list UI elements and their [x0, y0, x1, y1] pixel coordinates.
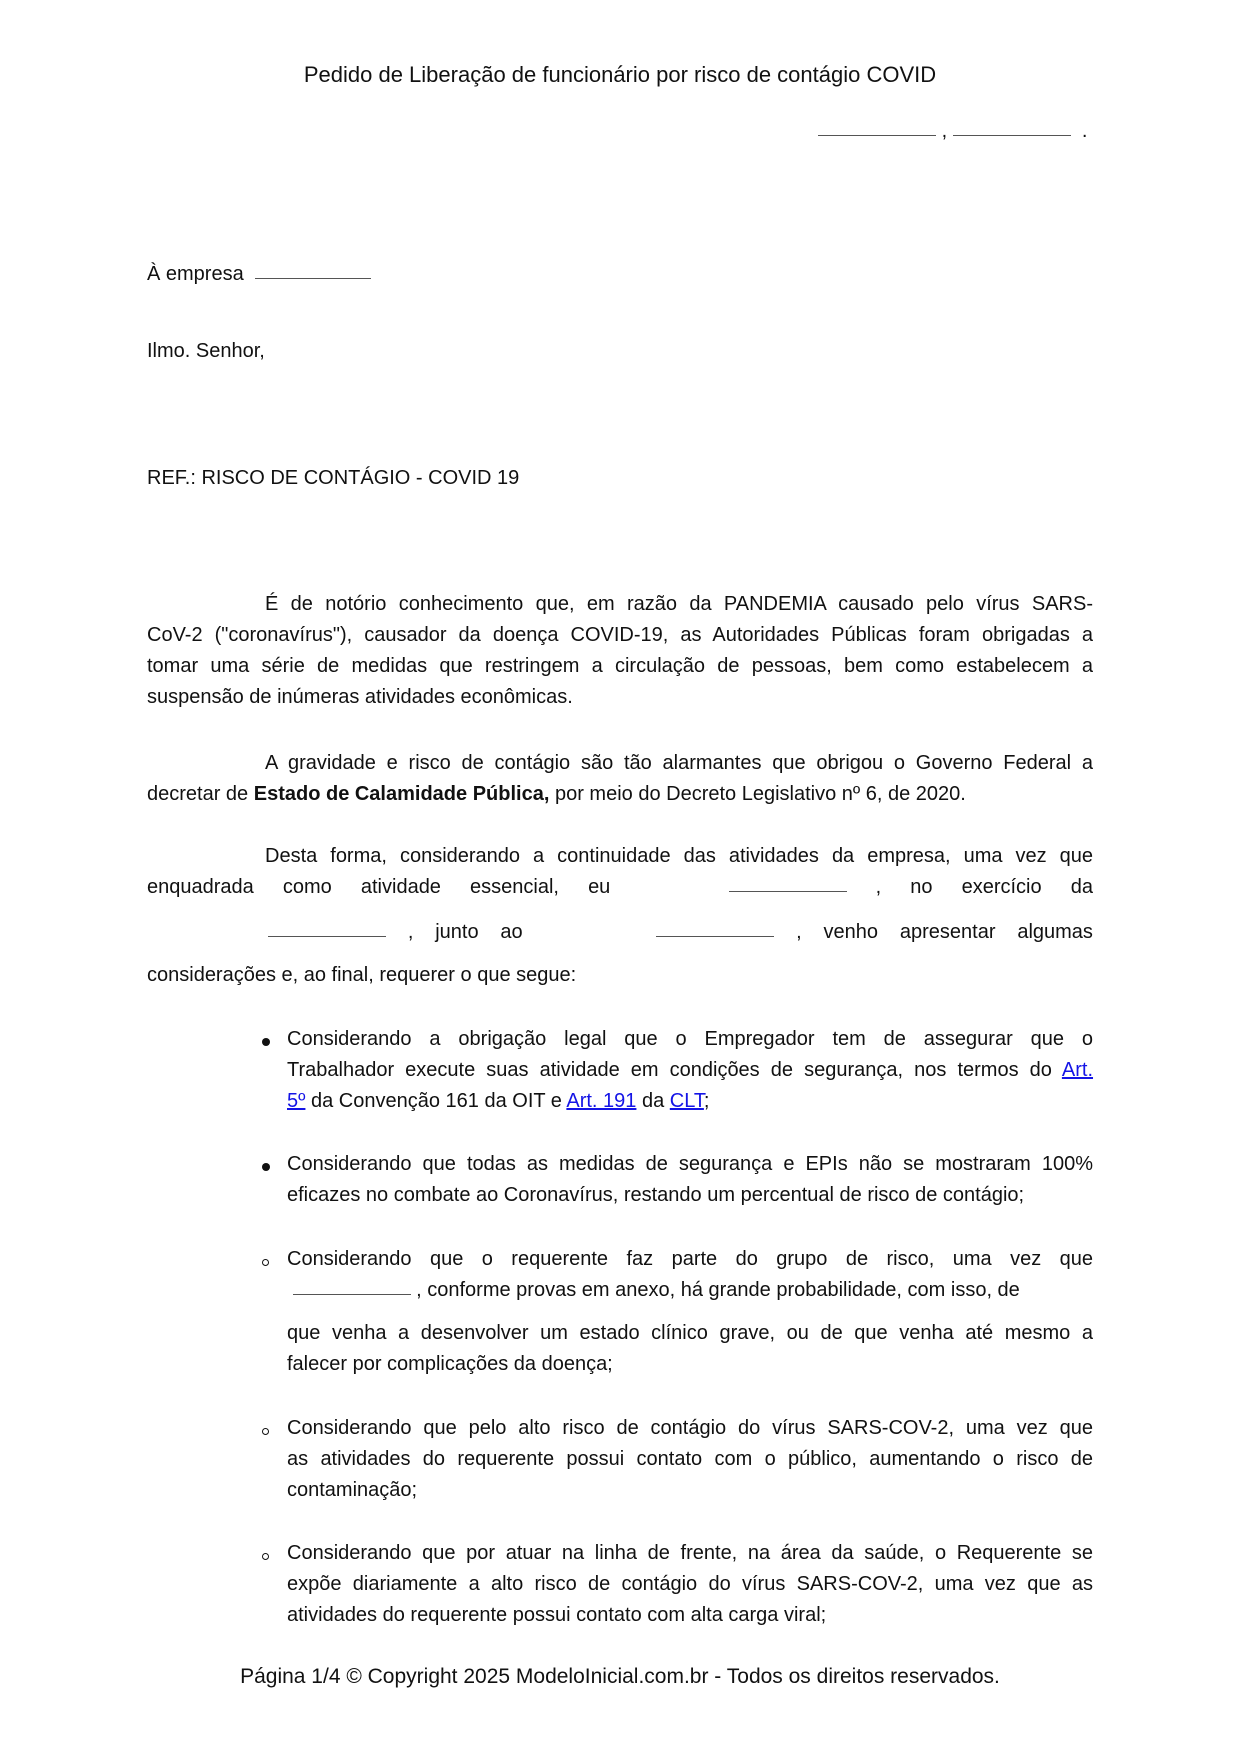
text: ; — [704, 1090, 710, 1112]
link-art-5[interactable]: Art. — [1062, 1059, 1093, 1081]
salutation: Ilmo. Senhor, — [147, 336, 265, 367]
word: junto — [435, 917, 478, 948]
text: decretar de — [147, 783, 248, 805]
list-line: eficazes no combate ao Coronavírus, rest… — [287, 1180, 1024, 1211]
list-line: Considerando a obrigação legal que o Emp… — [287, 1024, 1093, 1055]
text: da Convenção 161 da OIT e — [311, 1090, 562, 1112]
paragraph-line: A gravidade e risco de contágio são tão … — [265, 748, 1093, 779]
paragraph-line: Desta forma, considerando a continuidade… — [265, 841, 1093, 872]
list-line: as atividades do requerente possui conta… — [287, 1444, 1093, 1475]
link-art-191[interactable]: Art. 191 — [566, 1090, 636, 1112]
word: essencial, — [470, 872, 559, 903]
list-line: Trabalhador execute suas atividade em co… — [287, 1055, 1093, 1086]
employee-name-blank[interactable] — [729, 891, 847, 892]
reference-line: REF.: RISCO DE CONTÁGIO - COVID 19 — [147, 463, 519, 494]
position-blank[interactable] — [268, 936, 386, 937]
recipient-label: À empresa — [147, 263, 244, 285]
text: por meio do Decreto Legislativo nº 6, de… — [555, 783, 966, 805]
word: apresentar — [900, 917, 996, 948]
word: eu — [588, 872, 610, 903]
text: Trabalhador execute suas atividade em co… — [287, 1059, 1052, 1081]
word: atividade — [361, 872, 441, 903]
text: , conforme provas em anexo, há grande pr… — [416, 1279, 1020, 1301]
link-clt[interactable]: CLT — [670, 1090, 704, 1112]
word: da — [1071, 872, 1093, 903]
department-blank[interactable] — [656, 936, 774, 937]
paragraph-line: , junto ao , venho apresentar algumas — [268, 917, 1093, 948]
date-blank[interactable] — [953, 135, 1071, 136]
paragraph-line: tomar uma série de medidas que restringe… — [147, 651, 1093, 682]
list-line: atividades do requerente possui contato … — [287, 1600, 826, 1631]
paragraph-line: CoV-2 ("coronavírus"), causador da doenç… — [147, 620, 1093, 651]
word: ao — [500, 917, 522, 948]
list-line: Considerando que por atuar na linha de f… — [287, 1538, 1093, 1569]
list-line: falecer por complicações da doença; — [287, 1349, 613, 1380]
word: , — [876, 872, 882, 903]
bullet-circle-icon — [262, 1553, 269, 1560]
word: , — [408, 917, 414, 948]
company-blank[interactable] — [255, 278, 371, 279]
recipient-line: À empresa — [147, 259, 371, 290]
bullet-circle-icon — [262, 1259, 269, 1266]
paragraph-line: considerações e, ao final, requerer o qu… — [147, 960, 576, 991]
word: exercício — [962, 872, 1042, 903]
list-line: Considerando que todas as medidas de seg… — [287, 1149, 1093, 1180]
risk-condition-blank[interactable] — [293, 1294, 411, 1295]
paragraph-line: decretar de Estado de Calamidade Pública… — [147, 779, 966, 810]
paragraph-line: enquadrada como atividade essencial, eu … — [147, 872, 1093, 903]
word: , — [796, 917, 802, 948]
list-line: , conforme provas em anexo, há grande pr… — [287, 1275, 1020, 1306]
document-title: Pedido de Liberação de funcionário por r… — [0, 62, 1240, 88]
bullet-disc-icon — [262, 1163, 270, 1171]
city-blank[interactable] — [818, 135, 936, 136]
list-line: contaminação; — [287, 1475, 417, 1506]
list-line: Considerando que o requerente faz parte … — [287, 1244, 1093, 1275]
list-line: que venha a desenvolver um estado clínic… — [287, 1318, 1093, 1349]
paragraph-line: É de notório conhecimento que, em razão … — [265, 589, 1093, 620]
word: como — [283, 872, 332, 903]
list-line: expõe diariamente a alto risco de contág… — [287, 1569, 1093, 1600]
date-separator: , — [942, 120, 948, 142]
word: venho — [824, 917, 879, 948]
date-end: . — [1082, 120, 1088, 142]
link-art-5-continued[interactable]: 5º — [287, 1090, 305, 1112]
list-line: 5º da Convenção 161 da OIT e Art. 191 da… — [287, 1086, 709, 1117]
bullet-circle-icon — [262, 1428, 269, 1435]
word: no — [910, 872, 932, 903]
text: da — [642, 1090, 664, 1112]
word: algumas — [1017, 917, 1093, 948]
page-footer: Página 1/4 © Copyright 2025 ModeloInicia… — [0, 1665, 1240, 1689]
paragraph-line: suspensão de inúmeras atividades econômi… — [147, 682, 573, 713]
bullet-disc-icon — [262, 1038, 270, 1046]
date-line: , . — [818, 120, 1087, 143]
word: enquadrada — [147, 872, 254, 903]
list-line: Considerando que pelo alto risco de cont… — [287, 1413, 1093, 1444]
calamity-emphasis: Estado de Calamidade Pública, — [254, 783, 550, 805]
